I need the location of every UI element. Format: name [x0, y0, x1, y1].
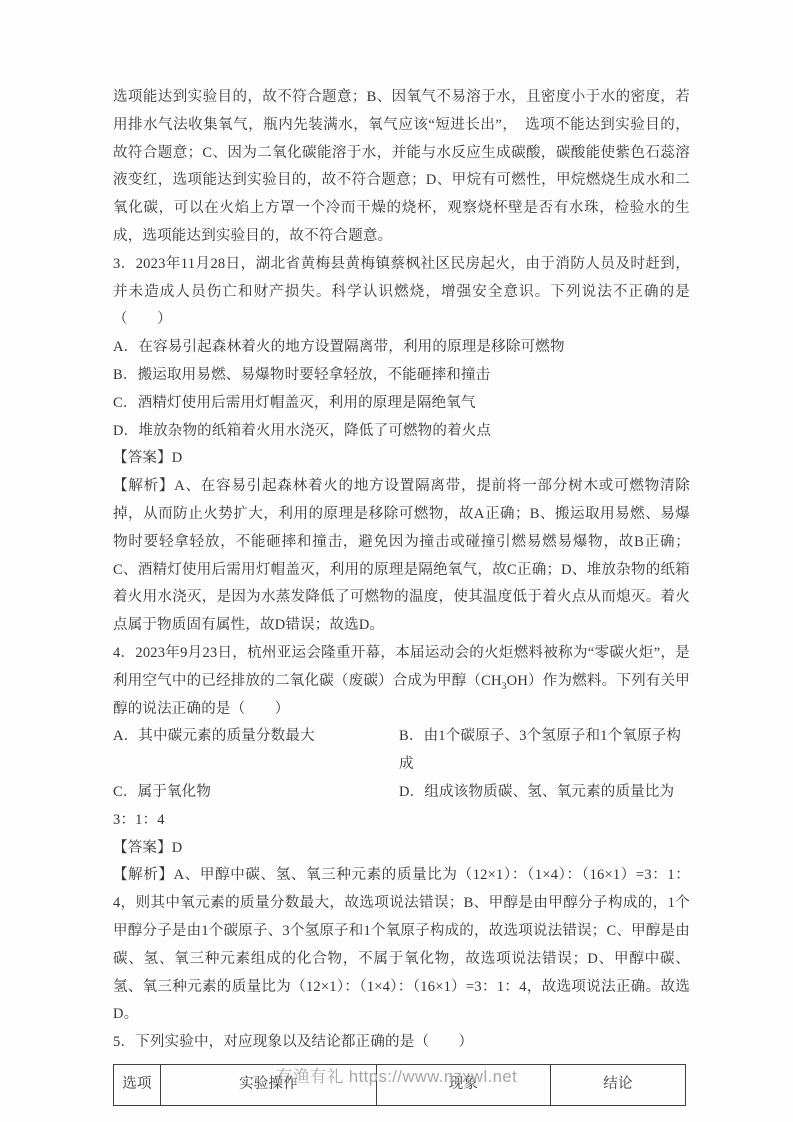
question-3-option-d: D．堆放杂物的纸箱着火用水浇灭，降低了可燃物的着火点: [113, 418, 690, 446]
question-3-option-a: A．在容易引起森林着火的地方设置隔离带，利用的原理是移除可燃物: [113, 334, 690, 362]
question-3-option-c: C．酒精灯使用后需用灯帽盖灭，利用的原理是隔绝氧气: [113, 390, 690, 418]
question-4-option-d-continuation: 3：1：4: [113, 807, 690, 835]
question-4-answer: 【答案】D: [113, 835, 690, 863]
question-4-stem: 4．2023年9月23日，杭州亚运会隆重开幕，本届运动会的火炬燃料被称为“零碳火…: [113, 640, 690, 723]
question-4-analysis: 【解析】A、甲醇中碳、氢、氧三种元素的质量比为（12×1）：（1×4）：（16×…: [113, 862, 690, 1029]
question-4-option-b: B．由1个碳原子、3个氢原子和1个氧原子构成: [399, 723, 690, 779]
footer-site-name: 有渔有礼: [276, 1068, 344, 1086]
question-4-options-row-2: C．属于氧化物 D．组成该物质碳、氢、氧元素的质量比为: [113, 779, 690, 807]
question-3-option-b: B．搬运取用易燃、易爆物时要轻拿轻放，不能砸摔和撞击: [113, 362, 690, 390]
question-4-option-d: D．组成该物质碳、氢、氧元素的质量比为: [399, 779, 690, 807]
question-3-answer: 【答案】D: [113, 445, 690, 473]
question-4-option-a: A．其中碳元素的质量分数最大: [113, 723, 399, 779]
prev-question-analysis-continuation: 选项能达到实验目的，故不符合题意；B、因氧气不易溶于水，且密度小于水的密度，若用…: [113, 84, 690, 251]
document-page: 选项能达到实验目的，故不符合题意；B、因氧气不易溶于水，且密度小于水的密度，若用…: [0, 0, 793, 1122]
question-3-analysis: 【解析】A、在容易引起森林着火的地方设置隔离带，提前将一部分树木或可燃物清除掉，…: [113, 473, 690, 640]
question-4-option-c: C．属于氧化物: [113, 779, 399, 807]
question-3-stem: 3．2023年11月28日，湖北省黄梅县黄梅镇蔡枫社区民房起火，由于消防人员及时…: [113, 251, 690, 334]
page-footer: 有渔有礼 https://www.nzxwl.net: [0, 1063, 793, 1087]
footer-site-url-link[interactable]: https://www.nzxwl.net: [349, 1068, 517, 1086]
document-content: 选项能达到实验目的，故不符合题意；B、因氧气不易溶于水，且密度小于水的密度，若用…: [113, 84, 690, 1106]
question-5-stem: 5．下列实验中，对应现象以及结论都正确的是（ ）: [113, 1029, 690, 1057]
question-4-options-row-1: A．其中碳元素的质量分数最大 B．由1个碳原子、3个氢原子和1个氧原子构成: [113, 723, 690, 779]
